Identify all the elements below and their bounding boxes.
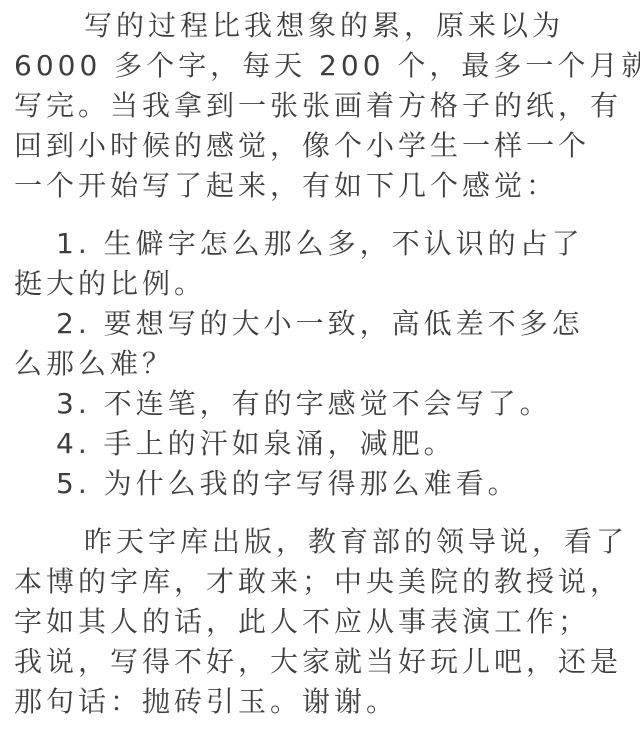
list-item-4: 4. 手上的汗如泉涌，减肥。: [14, 424, 632, 464]
text-line: 那句话：抛砖引玉。谢谢。: [14, 682, 632, 722]
text-line: 回到小时候的感觉，像个小学生一样一个: [14, 126, 632, 166]
paragraph-intro: 写的过程比我想象的累，原来以为 6000 多个字，每天 200 个，最多一个月就…: [14, 6, 632, 206]
text-line: 5. 为什么我的字写得那么难看。: [14, 464, 632, 504]
text-line: 写完。当我拿到一张张画着方格子的纸，有: [14, 86, 632, 126]
text-line: 3. 不连笔，有的字感觉不会写了。: [14, 384, 632, 424]
text-line: 6000 多个字，每天 200 个，最多一个月就能: [14, 46, 632, 86]
paragraph-closing: 昨天字库出版，教育部的领导说，看了 本博的字库，才敢来；中央美院的教授说， 字如…: [14, 522, 632, 722]
text-line: 我说，写得不好，大家就当好玩儿吧，还是: [14, 642, 632, 682]
handwritten-page: 写的过程比我想象的累，原来以为 6000 多个字，每天 200 个，最多一个月就…: [0, 0, 640, 740]
text-line: 写的过程比我想象的累，原来以为: [14, 6, 632, 46]
list-item-1: 1. 生僻字怎么那么多，不认识的占了 挺大的比例。: [14, 224, 632, 304]
text-line: 1. 生僻字怎么那么多，不认识的占了: [14, 224, 632, 264]
list-item-2: 2. 要想写的大小一致，高低差不多怎 么那么难？: [14, 304, 632, 384]
text-line: 么那么难？: [14, 344, 632, 384]
text-line: 昨天字库出版，教育部的领导说，看了: [14, 522, 632, 562]
text-line: 本博的字库，才敢来；中央美院的教授说，: [14, 562, 632, 602]
list-item-5: 5. 为什么我的字写得那么难看。: [14, 464, 632, 504]
list-item-3: 3. 不连笔，有的字感觉不会写了。: [14, 384, 632, 424]
text-line: 4. 手上的汗如泉涌，减肥。: [14, 424, 632, 464]
text-line: 2. 要想写的大小一致，高低差不多怎: [14, 304, 632, 344]
text-line: 挺大的比例。: [14, 264, 632, 304]
text-line: 一个开始写了起来，有如下几个感觉：: [14, 166, 632, 206]
text-line: 字如其人的话，此人不应从事表演工作；: [14, 602, 632, 642]
